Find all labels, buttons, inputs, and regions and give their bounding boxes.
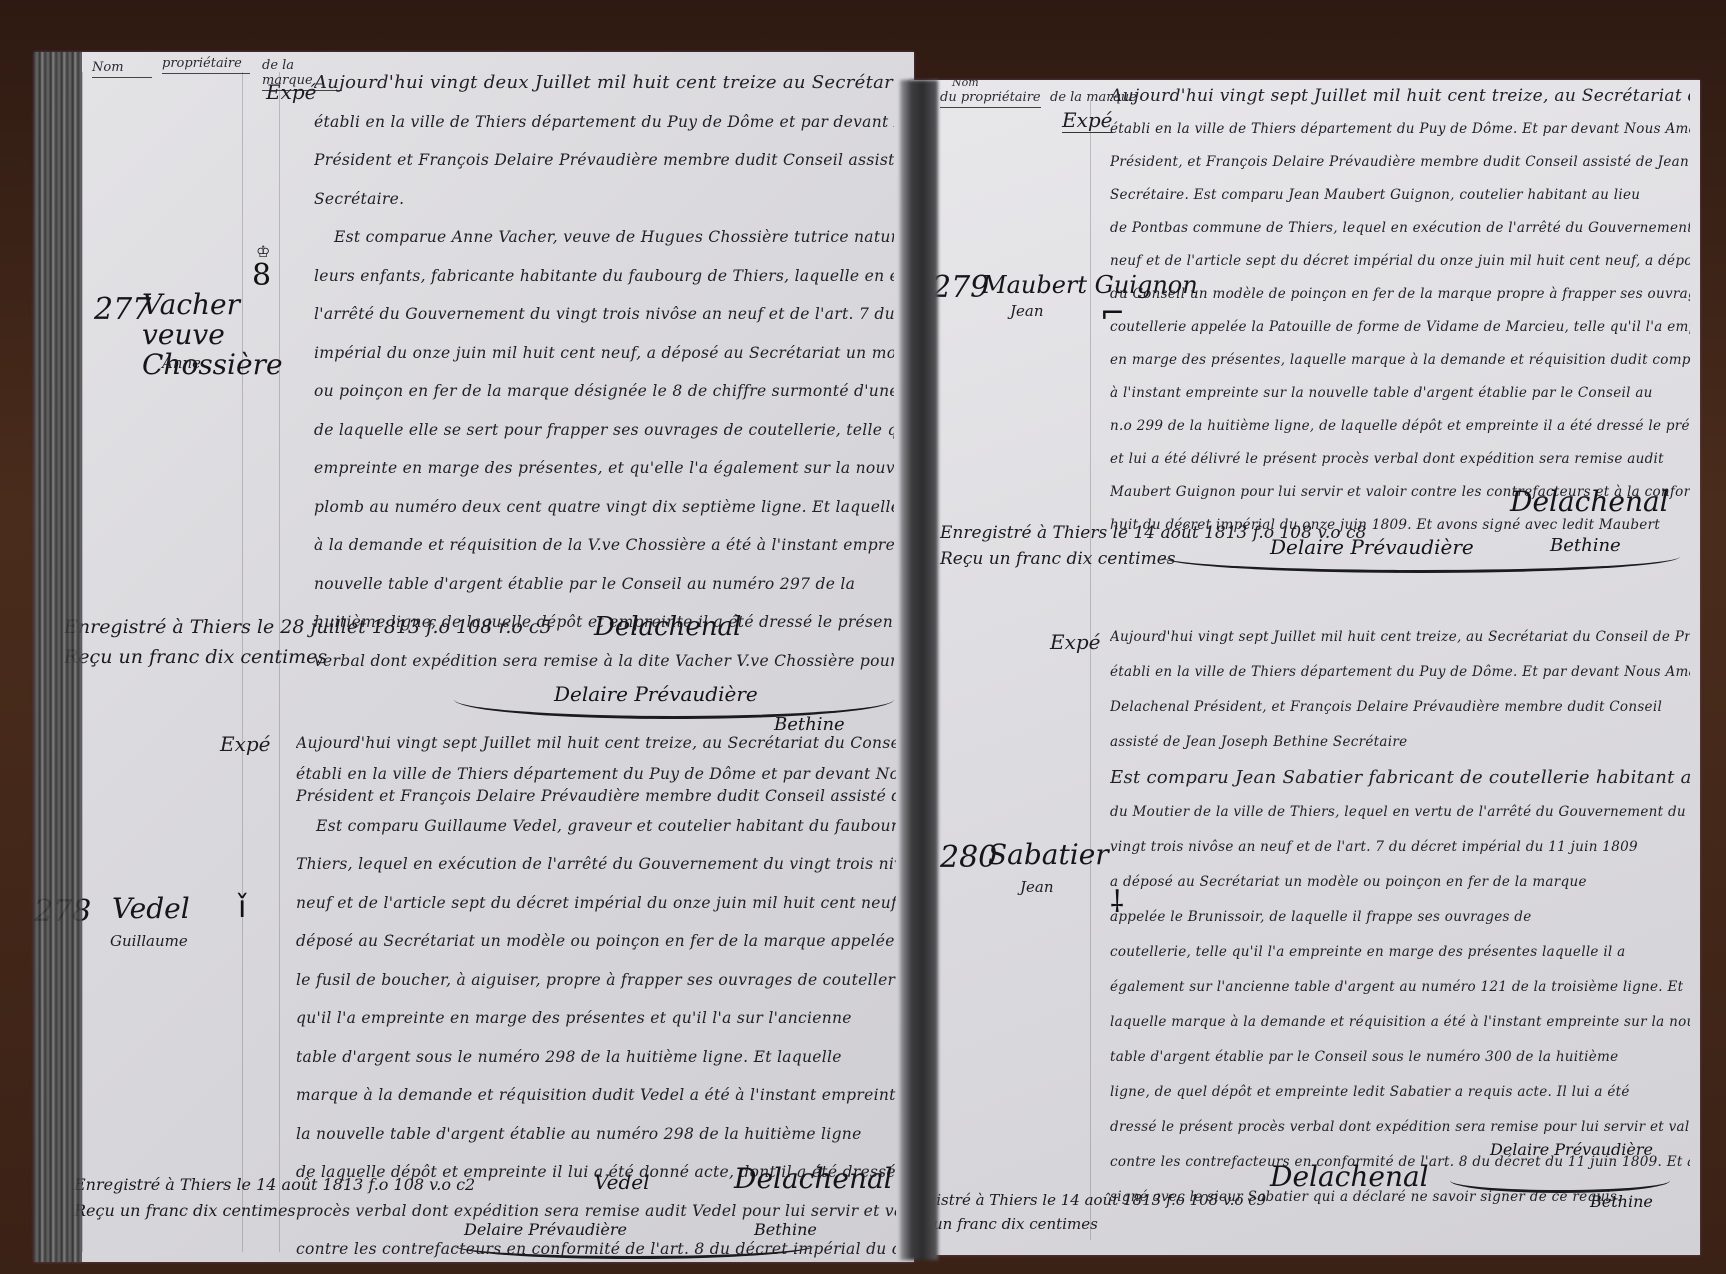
right-page: Nom du propriétaire de la marque Expé 27… <box>910 80 1700 1255</box>
entry-280-text: Aujourd'hui vingt sept Juillet mil huit … <box>1110 620 1690 1215</box>
expedition-label: Expé <box>220 732 271 756</box>
column-header-owner: propriétaire <box>162 56 250 74</box>
entry-277-text: Aujourd'hui vingt deux Juillet mil huit … <box>314 64 894 680</box>
left-page: Nom propriétaire de la marque Expé 277 V… <box>34 52 914 1262</box>
signature-flourish <box>1450 1168 1670 1193</box>
column-header-name: Nom <box>92 60 152 78</box>
registration-note: Enregistré à Thiers le 14 août 1813 f.o … <box>910 1188 1266 1236</box>
book-binding-edge <box>34 52 82 1262</box>
signature-vedel: Vedel <box>594 1170 649 1194</box>
signature-bethine: Bethine <box>1590 1192 1653 1211</box>
signature-delachenal: Delachenal <box>734 1162 893 1195</box>
signature-flourish <box>1160 540 1680 573</box>
signature-flourish <box>454 1232 814 1259</box>
owner-name: Sabatier <box>988 840 1109 870</box>
column-header-owner: du propriétaire <box>940 90 1041 108</box>
owner-given-name: Jean <box>1020 878 1054 896</box>
owner-given-name: Guillaume <box>110 932 188 950</box>
expedition-label: Expé <box>266 80 317 104</box>
owner-given-name: Anne <box>162 354 201 372</box>
key-ring-mark-icon: ǐ <box>238 890 246 925</box>
registration-note: Enregistré à Thiers le 14 août 1813 f.o … <box>74 1172 475 1224</box>
signature-delachenal: Delachenal <box>594 612 741 642</box>
mark-8-icon: 8 <box>252 258 271 293</box>
signature-delachenal: Delachenal <box>1270 1160 1429 1193</box>
owner-given-name: Jean <box>1010 302 1044 320</box>
book-gutter <box>900 80 938 1260</box>
expedition-label: Expé <box>1050 630 1101 654</box>
entry-279-text: Aujourd'hui vingt sept Juillet mil huit … <box>1110 80 1690 542</box>
signature-delaire: Delaire Prévaudière <box>1490 1140 1653 1159</box>
signature-delachenal: Delachenal <box>1510 485 1669 518</box>
expedition-label: Expé <box>1062 108 1113 133</box>
registration-note: Enregistré à Thiers le 28 juillet 1813 f… <box>64 612 552 672</box>
entry-number: 279 <box>932 270 989 305</box>
owner-name: Vedel <box>112 894 190 924</box>
